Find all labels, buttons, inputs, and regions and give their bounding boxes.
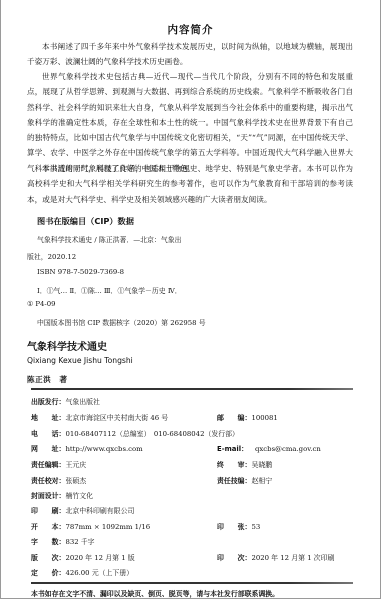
imprint-postcode: 邮 编：100081 [217, 412, 278, 422]
price-value: 426.00 元（上下册） [65, 569, 133, 577]
printer-value: 北京中科印刷有限公司 [65, 507, 134, 515]
website-label: 网 址： [31, 445, 65, 453]
cip-line-2: 版社，2020.12 [27, 251, 76, 261]
cover-label: 封面设计： [31, 492, 65, 500]
imprint-phone: 电 话：010-68407112（总编室） 010-68408042（发行部） [31, 428, 239, 438]
cip-classification-2: ① P4-09 [27, 300, 56, 308]
edition-value: 2020 年 12 月第 1 版 [65, 554, 134, 562]
cover-value: 楠竹文化 [65, 492, 93, 500]
proofreader-label: 责任校对： [31, 477, 65, 485]
words-value: 832 千字 [65, 538, 94, 546]
divider-top [31, 388, 353, 390]
book-title-pinyin: Qixiang Kexue Jishu Tongshi [27, 356, 133, 365]
divider-bottom [31, 582, 353, 584]
imprint-website: 网 址：http://www.qxcbs.com [31, 443, 143, 453]
final-review-value: 吴晓鹏 [251, 461, 272, 469]
imprint-impression: 印 次：2020 年 12 月第 1 次印刷 [217, 552, 334, 562]
editor-value: 王元庆 [65, 461, 86, 469]
imprint-printer: 印 刷：北京中科印刷有限公司 [31, 505, 134, 515]
price-label: 定 价： [31, 569, 65, 577]
impression-value: 2020 年 12 月第 1 次印刷 [251, 554, 334, 562]
email-label: E-mail： [217, 443, 255, 453]
footer-note: 本书如存在文字不清、漏印以及缺页、倒页、脱页等，请与本社发行部联系调换。 [31, 588, 279, 598]
imprint-format: 开 本：787mm × 1092mm 1/16 [31, 521, 150, 531]
imprint-tech-editor: 责任技编：赵相宁 [217, 475, 272, 485]
summary-paragraph-1: 本书阐述了四千多年来中外气象科学技术发展历史，以时间为纵轴，以地域为横轴，展现出… [27, 39, 353, 70]
imprint-publisher: 出版发行：气象出版社 [31, 396, 100, 406]
address-label: 地 址： [31, 414, 65, 422]
sheets-label: 印 张： [217, 523, 251, 531]
edition-label: 版 次： [31, 554, 65, 562]
proofreader-value: 张硕杰 [65, 477, 86, 485]
tech-editor-value: 赵相宁 [251, 477, 272, 485]
imprint-editor: 责任编辑：王元庆 [31, 459, 86, 469]
address-value: 北京市海淀区中关村南大街 46 号 [65, 414, 168, 422]
email-link[interactable]: qxcbs@cma.gov.cn [255, 445, 321, 453]
editor-label: 责任编辑： [31, 461, 65, 469]
website-link[interactable]: http://www.qxcbs.com [65, 445, 142, 453]
phone-value: 010-68407112（总编室） 010-68408042（发行部） [65, 430, 238, 438]
imprint-word-count: 字 数：832 千字 [31, 536, 95, 546]
imprint-price: 定 价：426.00 元（上下册） [31, 567, 133, 577]
imprint-sheets: 印 张：53 [217, 521, 260, 531]
words-label: 字 数： [31, 538, 65, 546]
format-value: 787mm × 1092mm 1/16 [65, 523, 150, 531]
postcode-label: 邮 编： [217, 414, 251, 422]
cip-classification: Ⅰ．①气… Ⅱ．①陈… Ⅲ．①气象学－历史 Ⅳ． [37, 285, 182, 295]
format-label: 开 本： [31, 523, 65, 531]
publisher-label: 出版发行： [31, 398, 65, 406]
imprint-email: E-mail：qxcbs@cma.gov.cn [217, 443, 321, 453]
phone-label: 电 话： [31, 430, 65, 438]
summary-paragraph-3: 本书适用于气象科技工作者，也适用于物理史、地学史、特别是气象史学者。本书可以作为… [27, 161, 353, 207]
publisher-value: 气象出版社 [65, 398, 99, 406]
postcode-value: 100081 [251, 414, 277, 422]
book-title: 气象科学技术通史 [27, 338, 107, 353]
imprint-proofreader: 责任校对：张硕杰 [31, 475, 86, 485]
summary-title: 内容简介 [1, 22, 380, 37]
cip-line-1: 气象科学技术通史 / 陈正洪著．—北京：气象出 [37, 234, 182, 244]
cip-isbn: ISBN 978-7-5029-7369-8 [37, 268, 124, 276]
impression-label: 印 次： [217, 554, 251, 562]
imprint-edition: 版 次：2020 年 12 月第 1 版 [31, 552, 135, 562]
sheets-value: 53 [251, 523, 260, 531]
imprint-address: 地 址：北京市海淀区中关村南大街 46 号 [31, 412, 168, 422]
tech-editor-label: 责任技编： [217, 477, 251, 485]
imprint-cover-design: 封面设计：楠竹文化 [31, 490, 93, 500]
printer-label: 印 刷： [31, 507, 65, 515]
copyright-page: 内容简介 本书阐述了四千多年来中外气象科学技术发展历史，以时间为纵轴，以地域为横… [0, 0, 381, 599]
book-author: 陈正洪 著 [27, 374, 67, 385]
cip-record-number: 中国版本图书馆 CIP 数据核字（2020）第 262958 号 [37, 317, 206, 327]
final-review-label: 终 审： [217, 461, 251, 469]
imprint-final-review: 终 审：吴晓鹏 [217, 459, 272, 469]
cip-heading: 图书在版编目（CIP）数据 [37, 216, 134, 227]
